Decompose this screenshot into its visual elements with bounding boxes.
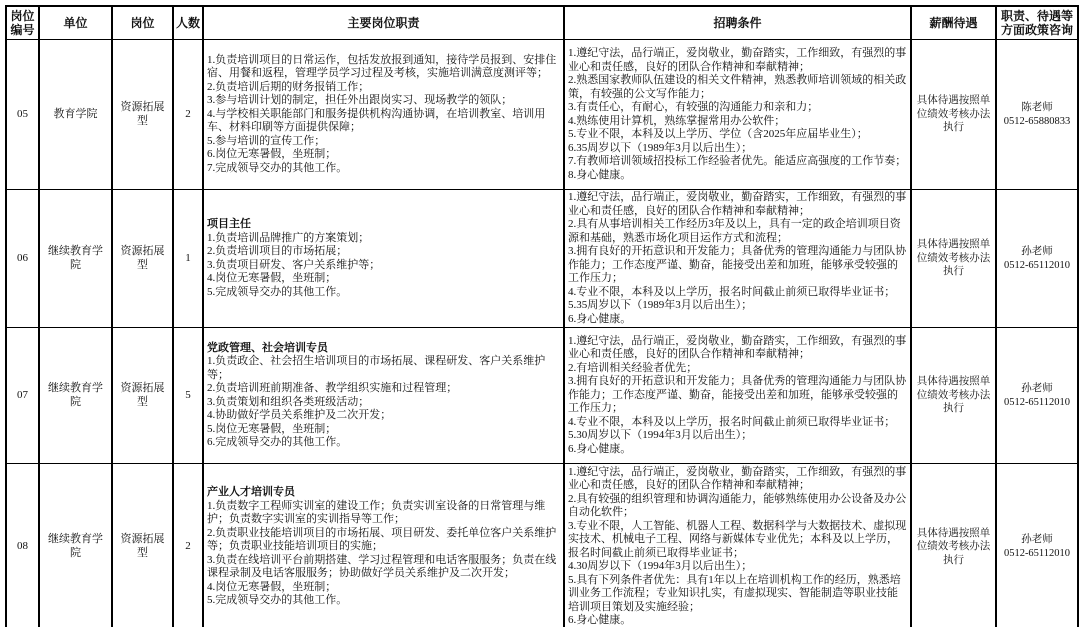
post-type: 资源拓展型 bbox=[112, 190, 173, 328]
headcount: 1 bbox=[173, 190, 203, 328]
contact-name: 孙老师 bbox=[1000, 245, 1074, 259]
table-row: 07 继续教育学院 资源拓展型 5 党政管理、社会培训专员 1.负责政企、社会招… bbox=[6, 328, 1078, 464]
duty-list: 1.负责数字工程师实训室的建设工作；负责实训室设备的日常管理与维护；负责数字实训… bbox=[207, 500, 560, 608]
header-contact: 职责、待遇等方面政策咨询 bbox=[996, 6, 1078, 40]
table-row: 06 继续教育学院 资源拓展型 1 项目主任 1.负责培训品牌推广的方案策划；2… bbox=[6, 190, 1078, 328]
header-duties: 主要岗位职责 bbox=[203, 6, 564, 40]
header-salary: 薪酬待遇 bbox=[911, 6, 996, 40]
table-row: 08 继续教育学院 资源拓展型 2 产业人才培训专员 1.负责数字工程师实训室的… bbox=[6, 464, 1078, 627]
post-id: 08 bbox=[6, 464, 39, 627]
header-unit: 单位 bbox=[39, 6, 112, 40]
contact-cell: 孙老师 0512-65112010 bbox=[996, 464, 1078, 627]
duties-cell: 党政管理、社会培训专员 1.负责政企、社会招生培训项目的市场拓展、课程研发、客户… bbox=[203, 328, 564, 464]
contact-cell: 孙老师 0512-65112010 bbox=[996, 190, 1078, 328]
recruitment-table-page: 岗位编号 单位 岗位 人数 主要岗位职责 招聘条件 薪酬待遇 职责、待遇等方面政… bbox=[0, 0, 1080, 627]
header-post: 岗位 bbox=[112, 6, 173, 40]
post-id: 06 bbox=[6, 190, 39, 328]
headcount: 5 bbox=[173, 328, 203, 464]
post-type: 资源拓展型 bbox=[112, 40, 173, 190]
salary-note: 具体待遇按照单位绩效考核办法执行 bbox=[911, 328, 996, 464]
header-count: 人数 bbox=[173, 6, 203, 40]
contact-phone: 0512-65112010 bbox=[1000, 547, 1074, 561]
duty-title: 产业人才培训专员 bbox=[207, 486, 560, 500]
post-type: 资源拓展型 bbox=[112, 464, 173, 627]
headcount: 2 bbox=[173, 40, 203, 190]
post-type: 资源拓展型 bbox=[112, 328, 173, 464]
salary-note: 具体待遇按照单位绩效考核办法执行 bbox=[911, 40, 996, 190]
duty-list: 1.负责政企、社会招生培训项目的市场拓展、课程研发、客户关系维护等；2.负责培训… bbox=[207, 355, 560, 450]
unit-name: 继续教育学院 bbox=[39, 464, 112, 627]
condition-list: 1.遵纪守法，品行端正，爱岗敬业，勤奋踏实，工作细致，有强烈的事业心和责任感，良… bbox=[568, 191, 907, 326]
conditions-cell: 1.遵纪守法，品行端正，爱岗敬业，勤奋踏实，工作细致，有强烈的事业心和责任感，良… bbox=[564, 328, 911, 464]
conditions-cell: 1.遵纪守法，品行端正，爱岗敬业，勤奋踏实，工作细致，有强烈的事业心和责任感，良… bbox=[564, 190, 911, 328]
contact-phone: 0512-65880833 bbox=[1000, 115, 1074, 129]
header-post-id: 岗位编号 bbox=[6, 6, 39, 40]
contact-cell: 孙老师 0512-65112010 bbox=[996, 328, 1078, 464]
contact-name: 孙老师 bbox=[1000, 382, 1074, 396]
condition-list: 1.遵纪守法，品行端正，爱岗敬业，勤奋踏实，工作细致，有强烈的事业心和责任感，良… bbox=[568, 47, 907, 182]
salary-note: 具体待遇按照单位绩效考核办法执行 bbox=[911, 190, 996, 328]
duty-title: 项目主任 bbox=[207, 218, 560, 232]
condition-list: 1.遵纪守法，品行端正，爱岗敬业，勤奋踏实，工作细致，有强烈的事业心和责任感，良… bbox=[568, 335, 907, 457]
contact-name: 孙老师 bbox=[1000, 533, 1074, 547]
conditions-cell: 1.遵纪守法，品行端正，爱岗敬业，勤奋踏实，工作细致，有强烈的事业心和责任感，良… bbox=[564, 464, 911, 627]
conditions-cell: 1.遵纪守法，品行端正，爱岗敬业，勤奋踏实，工作细致，有强烈的事业心和责任感，良… bbox=[564, 40, 911, 190]
contact-phone: 0512-65112010 bbox=[1000, 396, 1074, 410]
post-id: 05 bbox=[6, 40, 39, 190]
unit-name: 继续教育学院 bbox=[39, 190, 112, 328]
duties-cell: 1.负责培训项目的日常运作，包括发放报到通知，接待学员报到、安排住宿、用餐和返程… bbox=[203, 40, 564, 190]
table-row: 05 教育学院 资源拓展型 2 1.负责培训项目的日常运作，包括发放报到通知，接… bbox=[6, 40, 1078, 190]
salary-note: 具体待遇按照单位绩效考核办法执行 bbox=[911, 464, 996, 627]
header-row: 岗位编号 单位 岗位 人数 主要岗位职责 招聘条件 薪酬待遇 职责、待遇等方面政… bbox=[6, 6, 1078, 40]
recruitment-table: 岗位编号 单位 岗位 人数 主要岗位职责 招聘条件 薪酬待遇 职责、待遇等方面政… bbox=[5, 5, 1079, 627]
unit-name: 继续教育学院 bbox=[39, 328, 112, 464]
contact-name: 陈老师 bbox=[1000, 101, 1074, 115]
duty-title: 党政管理、社会培训专员 bbox=[207, 342, 560, 356]
contact-cell: 陈老师 0512-65880833 bbox=[996, 40, 1078, 190]
contact-phone: 0512-65112010 bbox=[1000, 259, 1074, 273]
post-id: 07 bbox=[6, 328, 39, 464]
duties-cell: 项目主任 1.负责培训品牌推广的方案策划；2.负责培训项目的市场拓展；3.负责项… bbox=[203, 190, 564, 328]
unit-name: 教育学院 bbox=[39, 40, 112, 190]
duty-list: 1.负责培训品牌推广的方案策划；2.负责培训项目的市场拓展；3.负责项目研发、客… bbox=[207, 232, 560, 300]
condition-list: 1.遵纪守法，品行端正，爱岗敬业，勤奋踏实，工作细致，有强烈的事业心和责任感，良… bbox=[568, 466, 907, 627]
duties-cell: 产业人才培训专员 1.负责数字工程师实训室的建设工作；负责实训室设备的日常管理与… bbox=[203, 464, 564, 627]
duty-list: 1.负责培训项目的日常运作，包括发放报到通知，接待学员报到、安排住宿、用餐和返程… bbox=[207, 54, 560, 176]
header-conditions: 招聘条件 bbox=[564, 6, 911, 40]
headcount: 2 bbox=[173, 464, 203, 627]
